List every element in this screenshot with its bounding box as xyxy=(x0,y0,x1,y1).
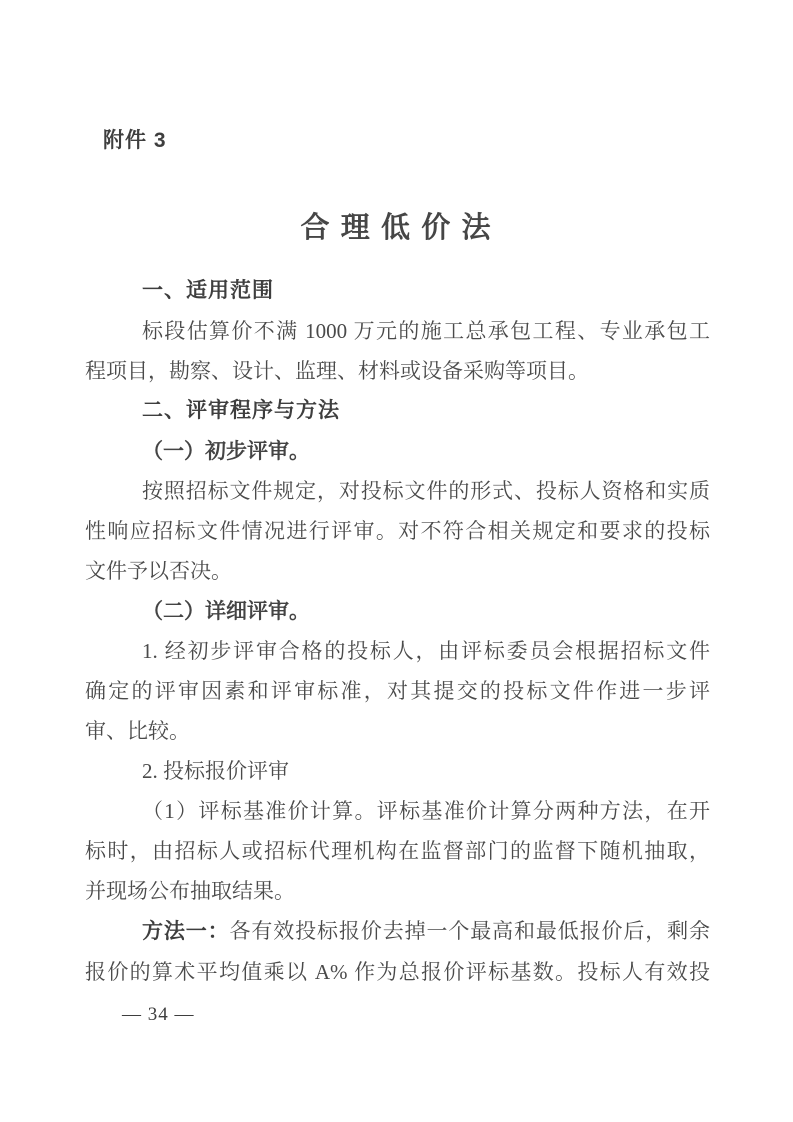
paragraph-bid-price-review: 2. 投标报价评审 xyxy=(85,751,710,791)
paragraph-preliminary-line-3: 文件予以否决。 xyxy=(85,551,710,591)
paragraph-detailed-line-3: 审、比较。 xyxy=(85,711,710,751)
paragraph-detailed-line-1: 1. 经初步评审合格的投标人，由评标委员会根据招标文件 xyxy=(85,631,710,671)
method-one-label: 方法一： xyxy=(142,920,230,943)
paragraph-scope-line-1: 标段估算价不满 1000 万元的施工总承包工程、专业承包工 xyxy=(85,311,710,351)
subheading-detailed-review: （二）详细评审。 xyxy=(85,591,710,631)
paragraph-preliminary-line-2: 性响应招标文件情况进行评审。对不符合相关规定和要求的投标 xyxy=(85,511,710,551)
section-heading-review-procedure: 二、评审程序与方法 xyxy=(85,391,710,431)
document-body: 一、适用范围 标段估算价不满 1000 万元的施工总承包工程、专业承包工 程项目… xyxy=(85,271,710,992)
paragraph-method-one-line-2: 报价的算术平均值乘以 A% 作为总报价评标基数。投标人有效投 xyxy=(85,952,710,992)
document-page: 附件 3 合 理 低 价 法 一、适用范围 标段估算价不满 1000 万元的施工… xyxy=(0,0,793,1122)
subheading-preliminary-review: （一）初步评审。 xyxy=(85,431,710,471)
method-one-text: 各有效投标报价去掉一个最高和最低报价后，剩余 xyxy=(230,919,710,943)
paragraph-benchmark-line-1: （1）评标基准价计算。评标基准价计算分两种方法，在开 xyxy=(85,791,710,831)
paragraph-preliminary-line-1: 按照招标文件规定，对投标文件的形式、投标人资格和实质 xyxy=(85,471,710,511)
paragraph-scope-line-2: 程项目，勘察、设计、监理、材料或设备采购等项目。 xyxy=(85,351,710,391)
page-number: — 34 — xyxy=(122,1004,195,1026)
paragraph-benchmark-line-3: 并现场公布抽取结果。 xyxy=(85,871,710,911)
paragraph-method-one-line-1: 方法一：各有效投标报价去掉一个最高和最低报价后，剩余 xyxy=(85,911,710,952)
attachment-label: 附件 3 xyxy=(103,129,793,153)
document-title: 合 理 低 价 法 xyxy=(0,208,793,248)
paragraph-benchmark-line-2: 标时，由招标人或招标代理机构在监督部门的监督下随机抽取， xyxy=(85,831,710,871)
paragraph-detailed-line-2: 确定的评审因素和评审标准，对其提交的投标文件作进一步评 xyxy=(85,671,710,711)
section-heading-applicable-scope: 一、适用范围 xyxy=(85,271,710,311)
